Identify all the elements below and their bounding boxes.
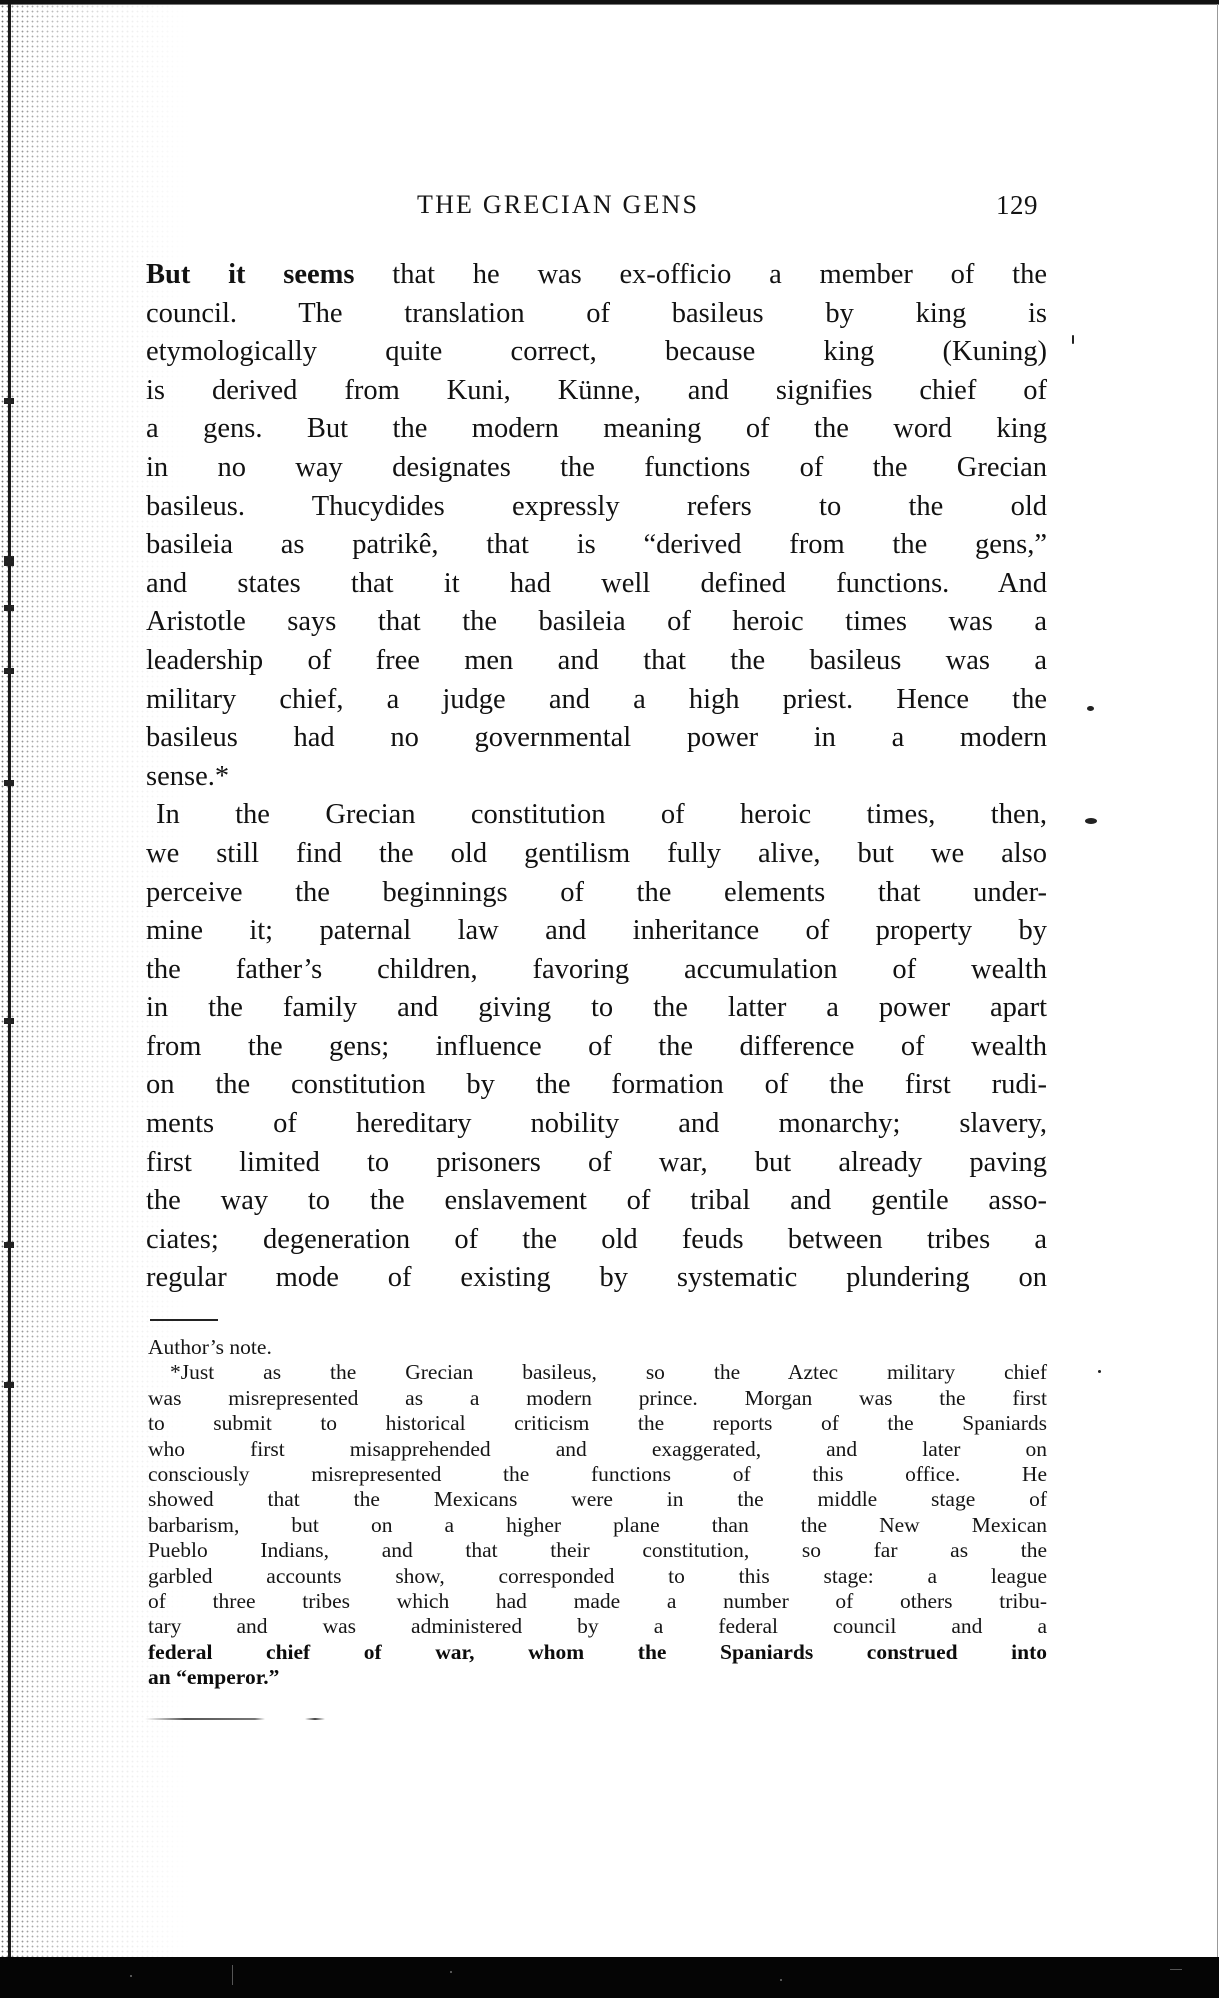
page-number: 129 (996, 190, 1038, 220)
body-line: etymologically quite correct, because ki… (146, 333, 1047, 372)
body-line: the way to the enslavement of tribal and… (146, 1182, 1047, 1221)
body-line: mine it; paternal law and inheritance of… (146, 912, 1047, 951)
footnote-line: who first misapprehended and exaggerated… (148, 1437, 1047, 1462)
footnote-line-end: an “emperor.” (148, 1665, 1047, 1690)
scan-right-edge (1217, 4, 1218, 1957)
body-line: military chief, a judge and a high pries… (146, 681, 1047, 720)
gutter-speck (4, 556, 14, 566)
margin-speck (1098, 1370, 1101, 1373)
running-head: THE GRECIAN GENS (417, 190, 699, 220)
scan-bottom-edge (0, 1957, 1219, 1998)
binding-gutter-line (8, 4, 11, 1957)
margin-speck (1087, 706, 1094, 711)
body-line-paragraph-end: sense.* (146, 758, 1047, 797)
gutter-speck (4, 605, 14, 611)
body-line-paragraph-start: In the Grecian constitution of heroic ti… (146, 796, 1047, 835)
body-line: a gens. But the modern meaning of the wo… (146, 410, 1047, 449)
footnote-rule (150, 1319, 218, 1321)
gutter-speck (4, 398, 14, 404)
footnote-line: to submit to historical criticism the re… (148, 1411, 1047, 1436)
gutter-speck (4, 1382, 14, 1388)
body-line: basileus had no governmental power in a … (146, 719, 1047, 758)
scan-speck (232, 1965, 233, 1985)
footnote-line: *Just as the Grecian basileus, so the Az… (148, 1360, 1047, 1385)
body-text: But it seems that he was ex-officio a me… (146, 256, 1047, 1298)
body-line: perceive the beginnings of the elements … (146, 874, 1047, 913)
margin-speck (1072, 335, 1074, 344)
footnote-line: Pueblo Indians, and that their constitut… (148, 1538, 1047, 1563)
footnote-line: federal chief of war, whom the Spaniards… (148, 1640, 1047, 1665)
footnote-line: of three tribes which had made a number … (148, 1589, 1047, 1614)
scan-smudge (145, 1718, 345, 1720)
body-line: council. The translation of basileus by … (146, 295, 1047, 334)
body-line: regular mode of existing by systematic p… (146, 1259, 1047, 1298)
footnote: Author’s note. *Just as the Grecian basi… (148, 1335, 1047, 1690)
gutter-speck (4, 780, 14, 786)
gutter-speck (4, 668, 14, 674)
body-line: is derived from Kuni, Künne, and signifi… (146, 372, 1047, 411)
footnote-line: consciously misrepresented the functions… (148, 1462, 1047, 1487)
body-line: and states that it had well defined func… (146, 565, 1047, 604)
body-line: in the family and giving to the latter a… (146, 989, 1047, 1028)
scanned-book-page: THE GRECIAN GENS 129 But it seems that h… (0, 0, 1219, 1998)
scan-speck (780, 1979, 782, 1981)
footnote-line: barbarism, but on a higher plane than th… (148, 1513, 1047, 1538)
footnote-line: showed that the Mexicans were in the mid… (148, 1487, 1047, 1512)
margin-speck (1085, 818, 1097, 824)
body-line: we still find the old gentilism fully al… (146, 835, 1047, 874)
body-line: from the gens; influence of the differen… (146, 1028, 1047, 1067)
body-line: the father’s children, favoring accumula… (146, 951, 1047, 990)
body-line: ments of hereditary nobility and monarch… (146, 1105, 1047, 1144)
scan-speck (130, 1975, 132, 1977)
body-line-lead: But it seems (146, 259, 355, 290)
scan-speck (450, 1971, 452, 1973)
footnote-label: Author’s note. (148, 1335, 1047, 1360)
body-line: in no way designates the functions of th… (146, 449, 1047, 488)
body-line: leadership of free men and that the basi… (146, 642, 1047, 681)
footnote-line: garbled accounts show, corresponded to t… (148, 1564, 1047, 1589)
footnote-line: was misrepresented as a modern prince. M… (148, 1386, 1047, 1411)
body-line-rest: that he was ex-officio a member of the (392, 259, 1047, 290)
footnote-line: tary and was administered by a federal c… (148, 1614, 1047, 1639)
body-line: first limited to prisoners of war, but a… (146, 1144, 1047, 1183)
gutter-speck (4, 1018, 14, 1024)
body-line: Aristotle says that the basileia of hero… (146, 603, 1047, 642)
body-line: But it seems that he was ex-officio a me… (146, 256, 1047, 295)
body-line: on the constitution by the formation of … (146, 1066, 1047, 1105)
body-line: basileia as patrikê, that is “derived fr… (146, 526, 1047, 565)
body-line: ciates; degeneration of the old feuds be… (146, 1221, 1047, 1260)
scan-speck (1170, 1969, 1182, 1970)
gutter-speck (4, 1242, 14, 1248)
body-line: basileus. Thucydides expressly refers to… (146, 488, 1047, 527)
